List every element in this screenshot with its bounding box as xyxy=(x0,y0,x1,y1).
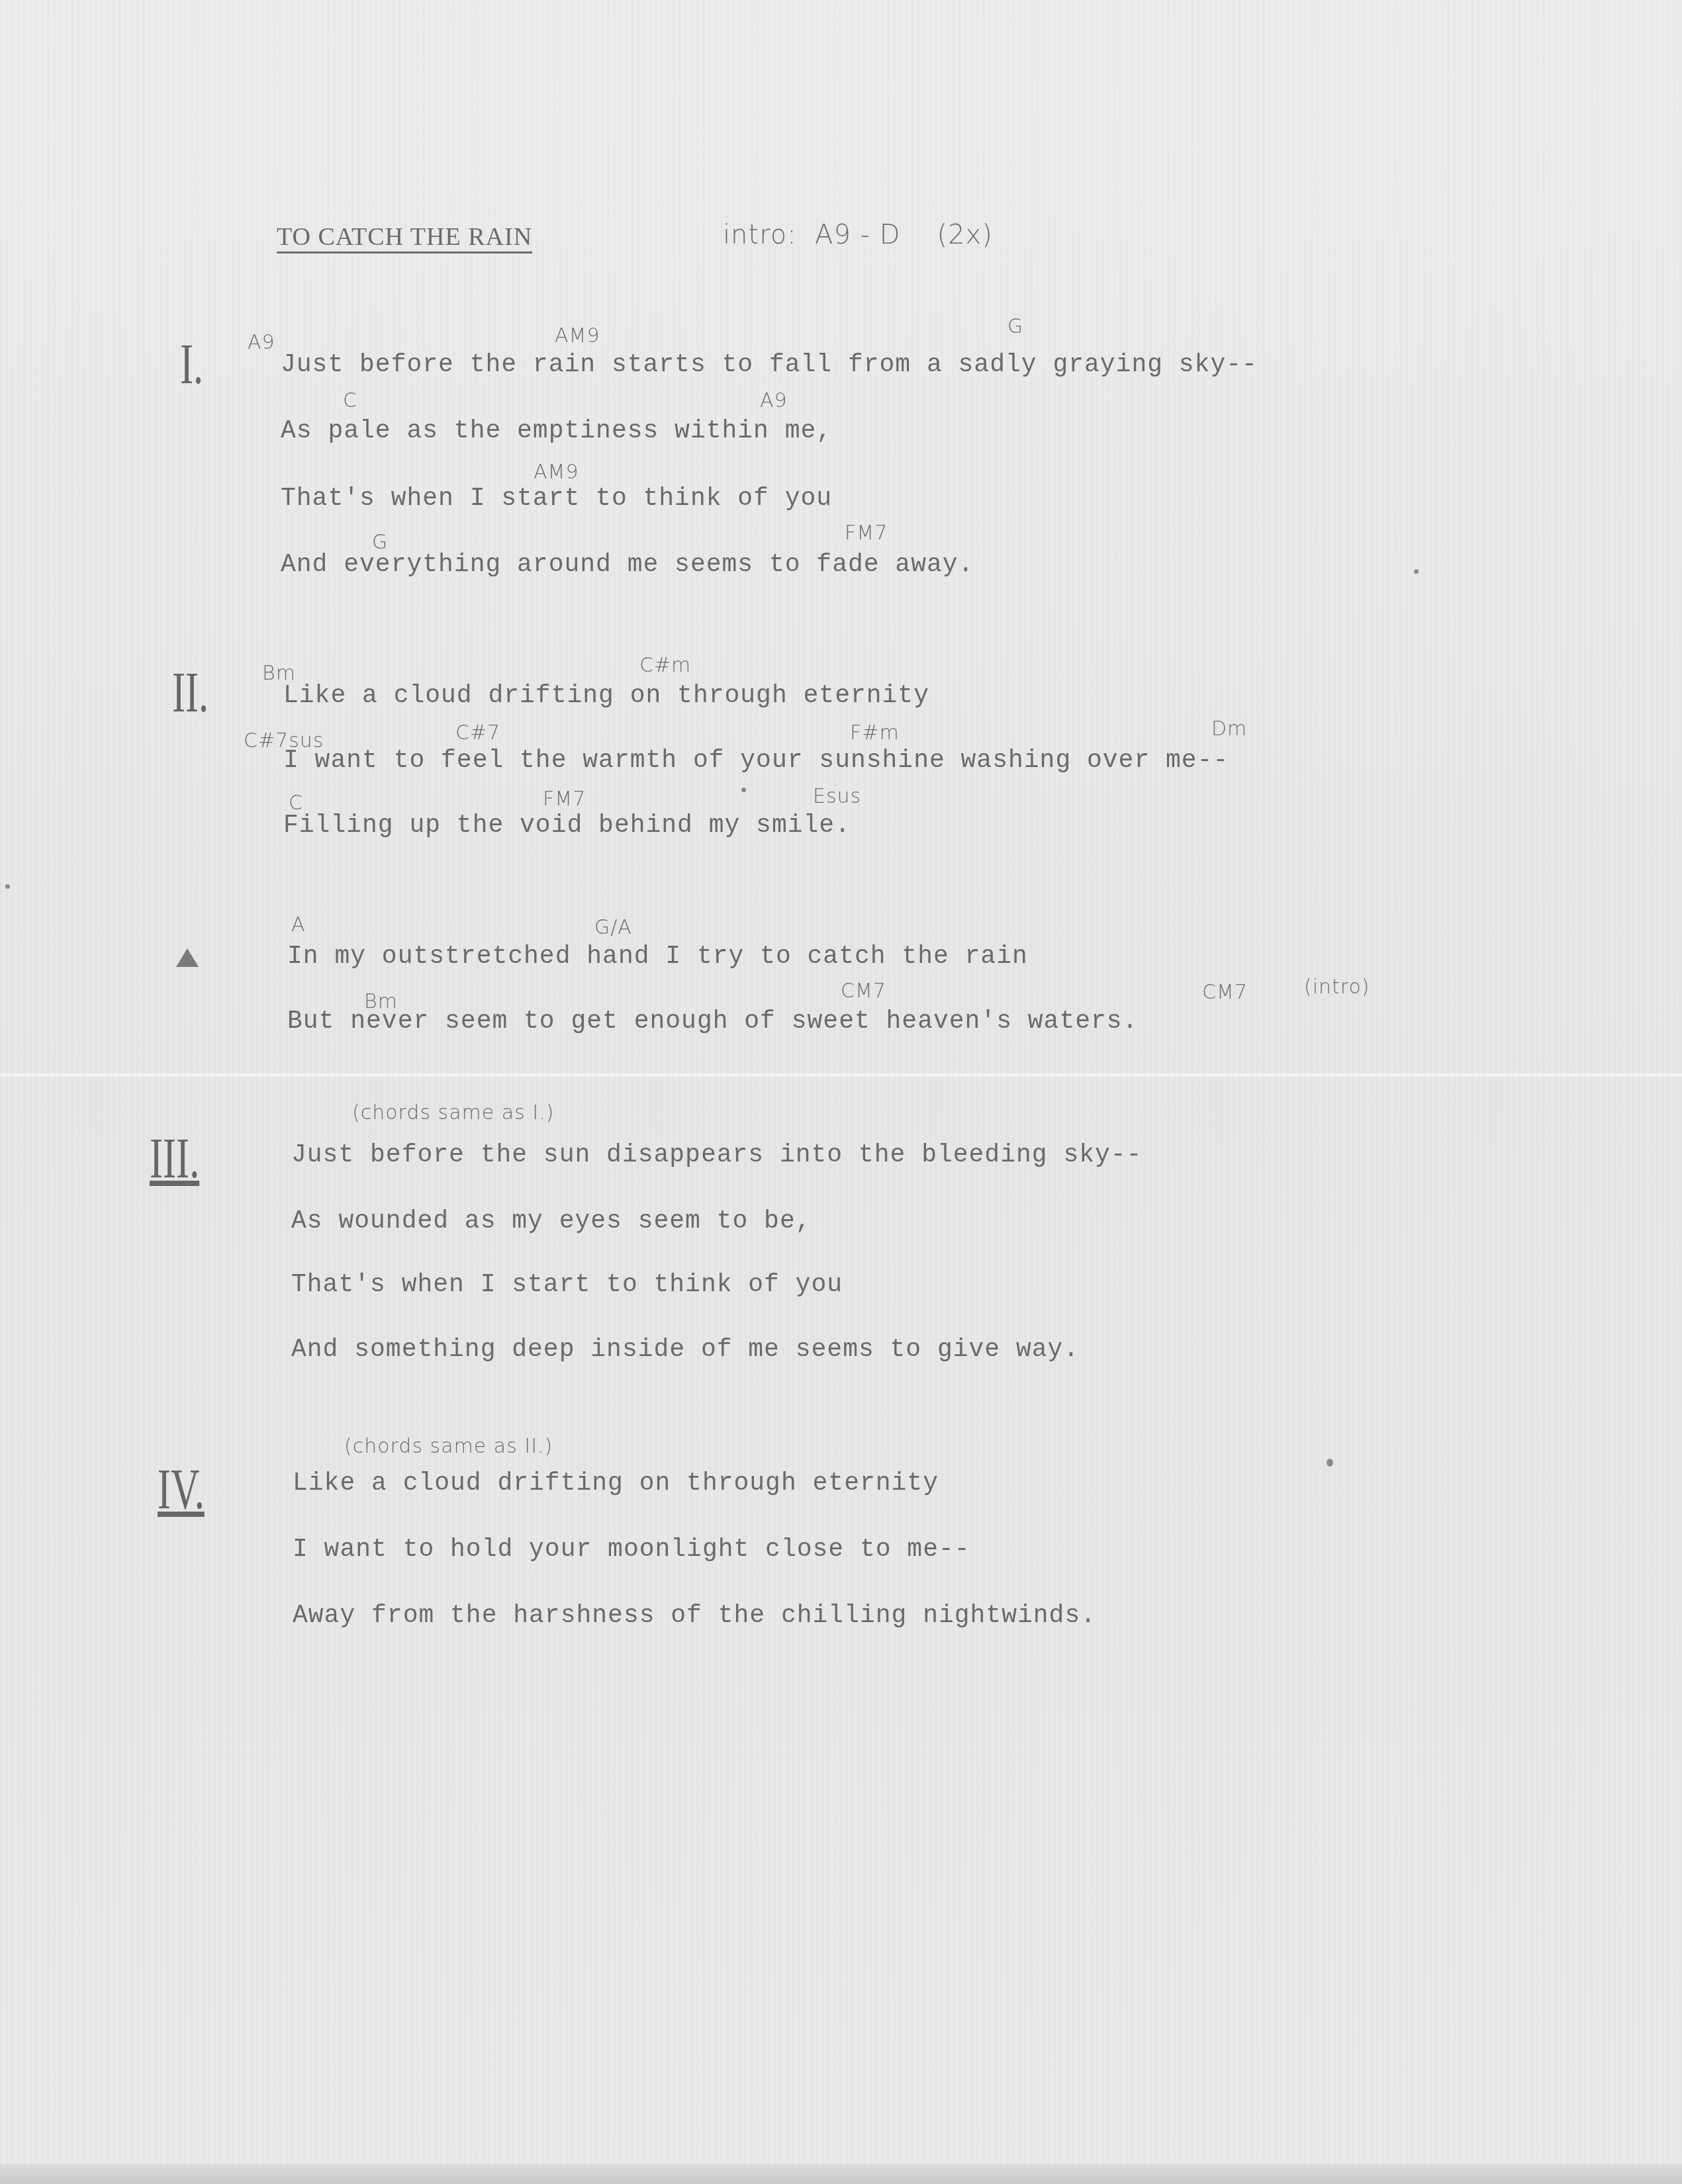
chord: CM7 xyxy=(1202,981,1248,1004)
lyric-line: I want to hold your moonlight close to m… xyxy=(293,1535,970,1564)
paper-fold-crease xyxy=(0,1073,1682,1076)
chords-same-note: (chords same as II.) xyxy=(344,1435,553,1458)
typewritten-lyric-sheet: TO CATCH THE RAIN intro: A9 - D (2x) I. … xyxy=(0,0,1682,2184)
lyric-line: But never seem to get enough of sweet he… xyxy=(287,1007,1138,1036)
ink-speck xyxy=(1327,1459,1333,1467)
lyric-line: Filling up the void behind my smile. xyxy=(283,811,851,840)
section-marker-1: I. xyxy=(180,331,203,397)
section-marker-2: II. xyxy=(172,659,209,725)
chord: Dm xyxy=(1211,717,1247,741)
lyric-line: As pale as the emptiness within me, xyxy=(281,417,832,445)
chorus-triangle-icon xyxy=(176,948,199,967)
paper-bottom-edge xyxy=(0,2164,1682,2184)
lyric-line: That's when I start to think of you xyxy=(291,1271,843,1299)
chord: C#m xyxy=(639,654,691,677)
chord: G xyxy=(1007,315,1023,338)
chord: A9 xyxy=(248,331,275,354)
chord: C#7 xyxy=(455,721,500,745)
chord: FM7 xyxy=(543,788,586,811)
chords-same-note: (chords same as I.) xyxy=(352,1101,554,1124)
intro-reference-note: (intro) xyxy=(1304,976,1370,999)
lyric-line: That's when I start to think of you xyxy=(281,484,832,513)
lyric-line: As wounded as my eyes seem to be, xyxy=(291,1207,812,1236)
section-marker-3: III. xyxy=(150,1125,199,1191)
chord: AM9 xyxy=(555,324,600,347)
chord: AM9 xyxy=(534,461,579,484)
chord: CM7 xyxy=(841,979,886,1003)
chord: G/A xyxy=(594,916,632,939)
song-title: TO CATCH THE RAIN xyxy=(277,222,532,251)
lyric-line: Just before the rain starts to fall from… xyxy=(281,351,1258,379)
lyric-line: Like a cloud drifting on through eternit… xyxy=(293,1469,939,1498)
lyric-line: And something deep inside of me seems to… xyxy=(291,1336,1079,1364)
chord: FM7 xyxy=(845,522,888,545)
intro-note: intro: A9 - D (2x) xyxy=(723,220,993,250)
lyric-line: And everything around me seems to fade a… xyxy=(281,551,974,579)
ink-speck xyxy=(5,884,10,889)
chord: A9 xyxy=(760,389,788,412)
lyric-line: In my outstretched hand I try to catch t… xyxy=(287,942,1028,971)
chord: F#m xyxy=(850,721,900,745)
ink-speck xyxy=(1414,569,1419,574)
chord: A xyxy=(291,913,306,936)
section-marker-4: IV. xyxy=(158,1456,205,1522)
lyric-line: Just before the sun disappears into the … xyxy=(291,1141,1142,1169)
chord: Esus xyxy=(813,785,861,808)
lyric-line: I want to feel the warmth of your sunshi… xyxy=(283,747,1229,775)
chord: C xyxy=(343,389,357,412)
ink-speck xyxy=(741,788,746,792)
lyric-line: Away from the harshness of the chilling … xyxy=(293,1602,1096,1630)
lyric-line: Like a cloud drifting on through eternit… xyxy=(283,682,929,710)
